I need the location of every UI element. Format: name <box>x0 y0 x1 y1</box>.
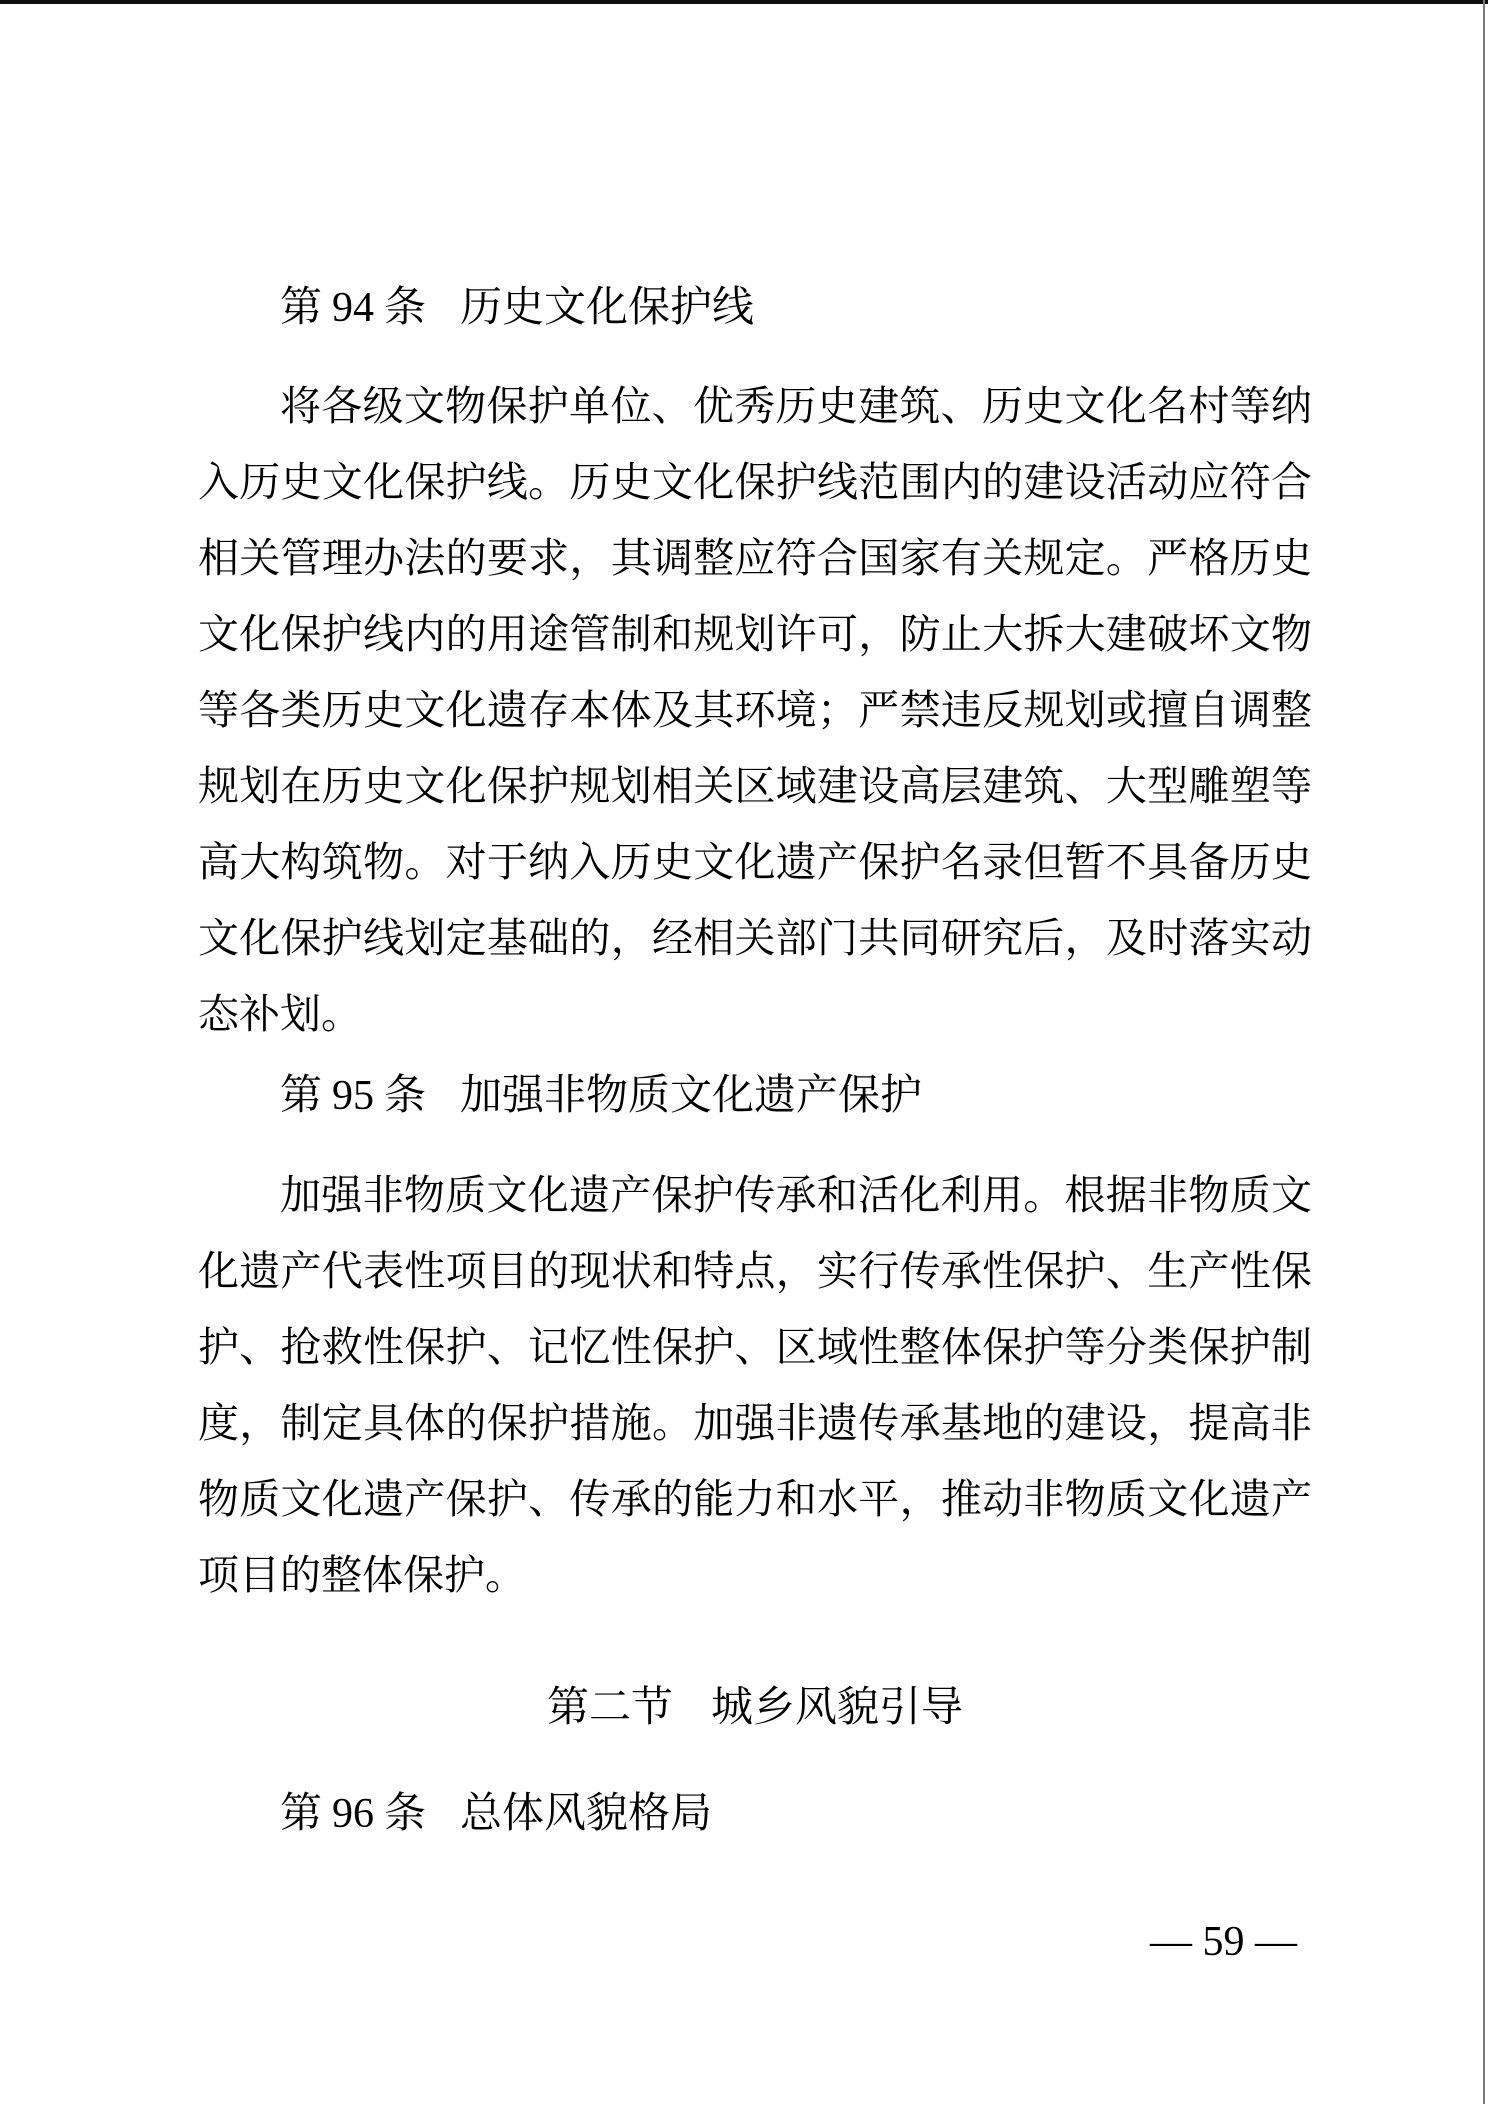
paragraph-line: 相关管理办法的要求，其调整应符合国家有关规定。严格历史 <box>198 520 1312 596</box>
article-96-unit: 条 <box>384 1791 426 1837</box>
paragraph-line: 物质文化遗产保护、传承的能力和水平，推动非物质文化遗产 <box>198 1461 1312 1537</box>
paragraph-line: 高大构筑物。对于纳入历史文化遗产保护名录但暂不具备历史 <box>198 824 1312 900</box>
article-96-title: 总体风貌格局 <box>460 1791 712 1837</box>
article-95-number: 95 <box>332 1073 374 1119</box>
article-95-marker: 第 <box>280 1073 322 1119</box>
article-96-marker: 第 <box>280 1791 322 1837</box>
article-95-heading: 第95条加强非物质文化遗产保护 <box>280 1068 922 1124</box>
paragraph-line: 态补划。 <box>198 976 1312 1052</box>
paragraph-line: 护、抢救性保护、记忆性保护、区域性整体保护等分类保护制 <box>198 1309 1312 1385</box>
page-number: — 59 — <box>1150 1916 1297 1968</box>
scan-right-border <box>1483 0 1485 2104</box>
section-2-heading: 第二节城乡风貌引导 <box>198 1680 1312 1736</box>
article-94-paragraph: 将各级文物保护单位、优秀历史建筑、历史文化名村等纳 入历史文化保护线。历史文化保… <box>198 368 1312 1052</box>
article-94-unit: 条 <box>384 285 426 331</box>
paragraph-line: 文化保护线划定基础的，经相关部门共同研究后，及时落实动 <box>198 900 1312 976</box>
paragraph-line: 将各级文物保护单位、优秀历史建筑、历史文化名村等纳 <box>198 368 1312 444</box>
article-95-title: 加强非物质文化遗产保护 <box>460 1073 922 1119</box>
paragraph-line: 度，制定具体的保护措施。加强非遗传承基地的建设，提高非 <box>198 1385 1312 1461</box>
paragraph-line: 项目的整体保护。 <box>198 1537 1312 1613</box>
section-2-title: 城乡风貌引导 <box>711 1685 963 1731</box>
article-95-unit: 条 <box>384 1073 426 1119</box>
paragraph-line: 文化保护线内的用途管制和规划许可，防止大拆大建破坏文物 <box>198 596 1312 672</box>
article-94-heading: 第94条历史文化保护线 <box>280 280 754 336</box>
section-2-label: 第二节 <box>547 1685 673 1731</box>
document-page: 第94条历史文化保护线 将各级文物保护单位、优秀历史建筑、历史文化名村等纳 入历… <box>0 0 1488 2104</box>
article-96-number: 96 <box>332 1791 374 1837</box>
paragraph-line: 入历史文化保护线。历史文化保护线范围内的建设活动应符合 <box>198 444 1312 520</box>
article-94-title: 历史文化保护线 <box>460 285 754 331</box>
article-94-number: 94 <box>332 285 374 331</box>
article-95-paragraph: 加强非物质文化遗产保护传承和活化利用。根据非物质文 化遗产代表性项目的现状和特点… <box>198 1157 1312 1613</box>
paragraph-line: 化遗产代表性项目的现状和特点，实行传承性保护、生产性保 <box>198 1233 1312 1309</box>
article-94-marker: 第 <box>280 285 322 331</box>
paragraph-line: 规划在历史文化保护规划相关区域建设高层建筑、大型雕塑等 <box>198 748 1312 824</box>
paragraph-line: 等各类历史文化遗存本体及其环境；严禁违反规划或擅自调整 <box>198 672 1312 748</box>
paragraph-line: 加强非物质文化遗产保护传承和活化利用。根据非物质文 <box>198 1157 1312 1233</box>
article-96-heading: 第96条总体风貌格局 <box>280 1786 712 1842</box>
scan-top-border <box>0 0 1488 4</box>
